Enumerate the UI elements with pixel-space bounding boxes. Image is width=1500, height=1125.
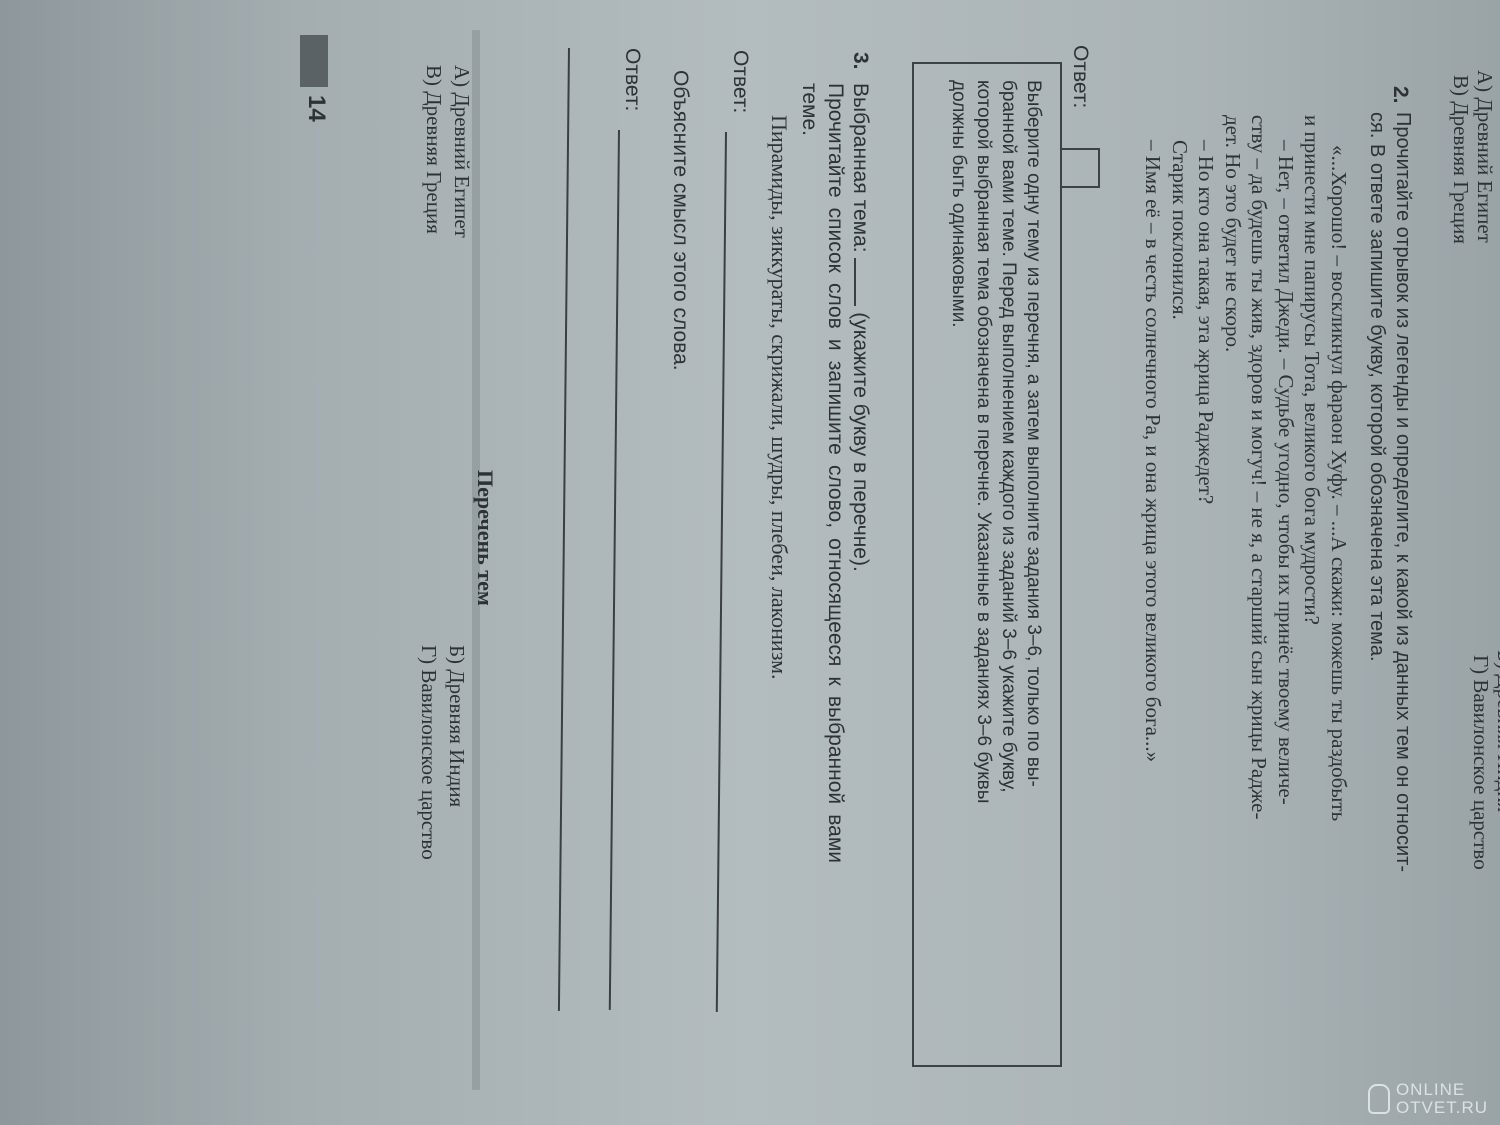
chosen-topic-label: Выбранная тема: <box>849 83 872 253</box>
task3-answer1-label: Ответ: <box>728 50 752 113</box>
passage-line: – Нет, – ответил Джеди. – Судьбе угодно,… <box>1273 115 1300 821</box>
task3-answer2-line-2[interactable] <box>558 48 570 1011</box>
page-number: 14 <box>302 95 330 122</box>
top-list-v: В) Древняя Греция <box>1447 75 1474 244</box>
passage-line: ству – да будешь ты жив, здоров и могуч!… <box>1246 115 1273 821</box>
task2-number: 2. <box>1388 86 1412 104</box>
passage-line: Старик поклонился. <box>1167 115 1194 821</box>
top-list-a: А) Древний Египет <box>1471 70 1498 243</box>
task2-passage: «...Хорошо! – воскликнул фараон Хуфу. – … <box>1140 115 1352 821</box>
task2-answer-box[interactable] <box>1060 148 1100 188</box>
passage-line: – Но кто она такая, эта жрица Раджедет? <box>1193 115 1220 821</box>
instruction-line: бранной вами теме. Перед выполнением каж… <box>996 80 1021 1049</box>
task3-chosen-topic: Выбранная тема: (укажите букву в перечне… <box>847 83 874 572</box>
topics-list-title: Перечень тем <box>472 470 498 606</box>
passage-line: – Имя её – в честь солнечного Ра, и она … <box>1140 115 1167 821</box>
task2-answer-label: Ответ: <box>1068 45 1092 108</box>
topics-list-v: В) Древняя Греция <box>420 65 447 234</box>
page-marker <box>300 35 328 87</box>
passage-line: и принести мне папирусы Тота, великого б… <box>1299 115 1326 821</box>
workbook-page: А) Древний Египет Б) Древняя Индия В) Др… <box>0 0 1500 1125</box>
task3-answer2-line-1[interactable] <box>609 130 620 1010</box>
topics-list-b: Б) Древняя Индия <box>443 645 470 807</box>
passage-line: дет. Но это будет не скоро. <box>1220 115 1247 821</box>
lightbulb-icon <box>1368 1084 1390 1114</box>
task3-word-list: Пирамиды, зиккураты, скрижали, шудры, пл… <box>766 115 792 680</box>
chosen-topic-hint: (укажите букву в перечне). <box>849 312 872 572</box>
task2-instruction: Прочитайте отрывок из легенды и определи… <box>1364 112 1416 1112</box>
task3-answer1-line[interactable] <box>716 132 727 1012</box>
watermark: ONLINE OTVET.RU <box>1368 1081 1488 1117</box>
watermark-line-1: ONLINE <box>1396 1081 1488 1099</box>
task3-instruction-line-2: теме. <box>796 83 822 136</box>
watermark-line-2: OTVET.RU <box>1396 1099 1488 1117</box>
task3-explain-prompt: Объясните смысл этого слова. <box>668 70 692 371</box>
task3-number: 3. <box>848 52 872 70</box>
task3-answer2-label: Ответ: <box>620 48 644 111</box>
passage-line: «...Хорошо! – воскликнул фараон Хуфу. – … <box>1326 115 1353 821</box>
task2-instruction-line-1: Прочитайте отрывок из легенды и определи… <box>1390 112 1416 1112</box>
task3-instruction-line-1: Прочитайте список слов и запишите слово,… <box>822 83 848 863</box>
task2-instruction-line-2: ся. В ответе запишите букву, которой обо… <box>1364 112 1390 1112</box>
instruction-line: должны быть одинаковыми. <box>946 80 971 1049</box>
instruction-line: которой выбранная тема обозначена в пере… <box>971 80 996 1049</box>
chosen-topic-field[interactable] <box>854 258 874 306</box>
topics-list-a: А) Древний Египет <box>448 65 475 238</box>
instruction-line: Выберите одну тему из перечня, а затем в… <box>1021 80 1046 1049</box>
topics-list-g: Г) Вавилонское царство <box>415 645 442 860</box>
top-list-g: Г) Вавилонское царство <box>1467 655 1494 870</box>
instruction-box: Выберите одну тему из перечня, а затем в… <box>912 62 1062 1067</box>
